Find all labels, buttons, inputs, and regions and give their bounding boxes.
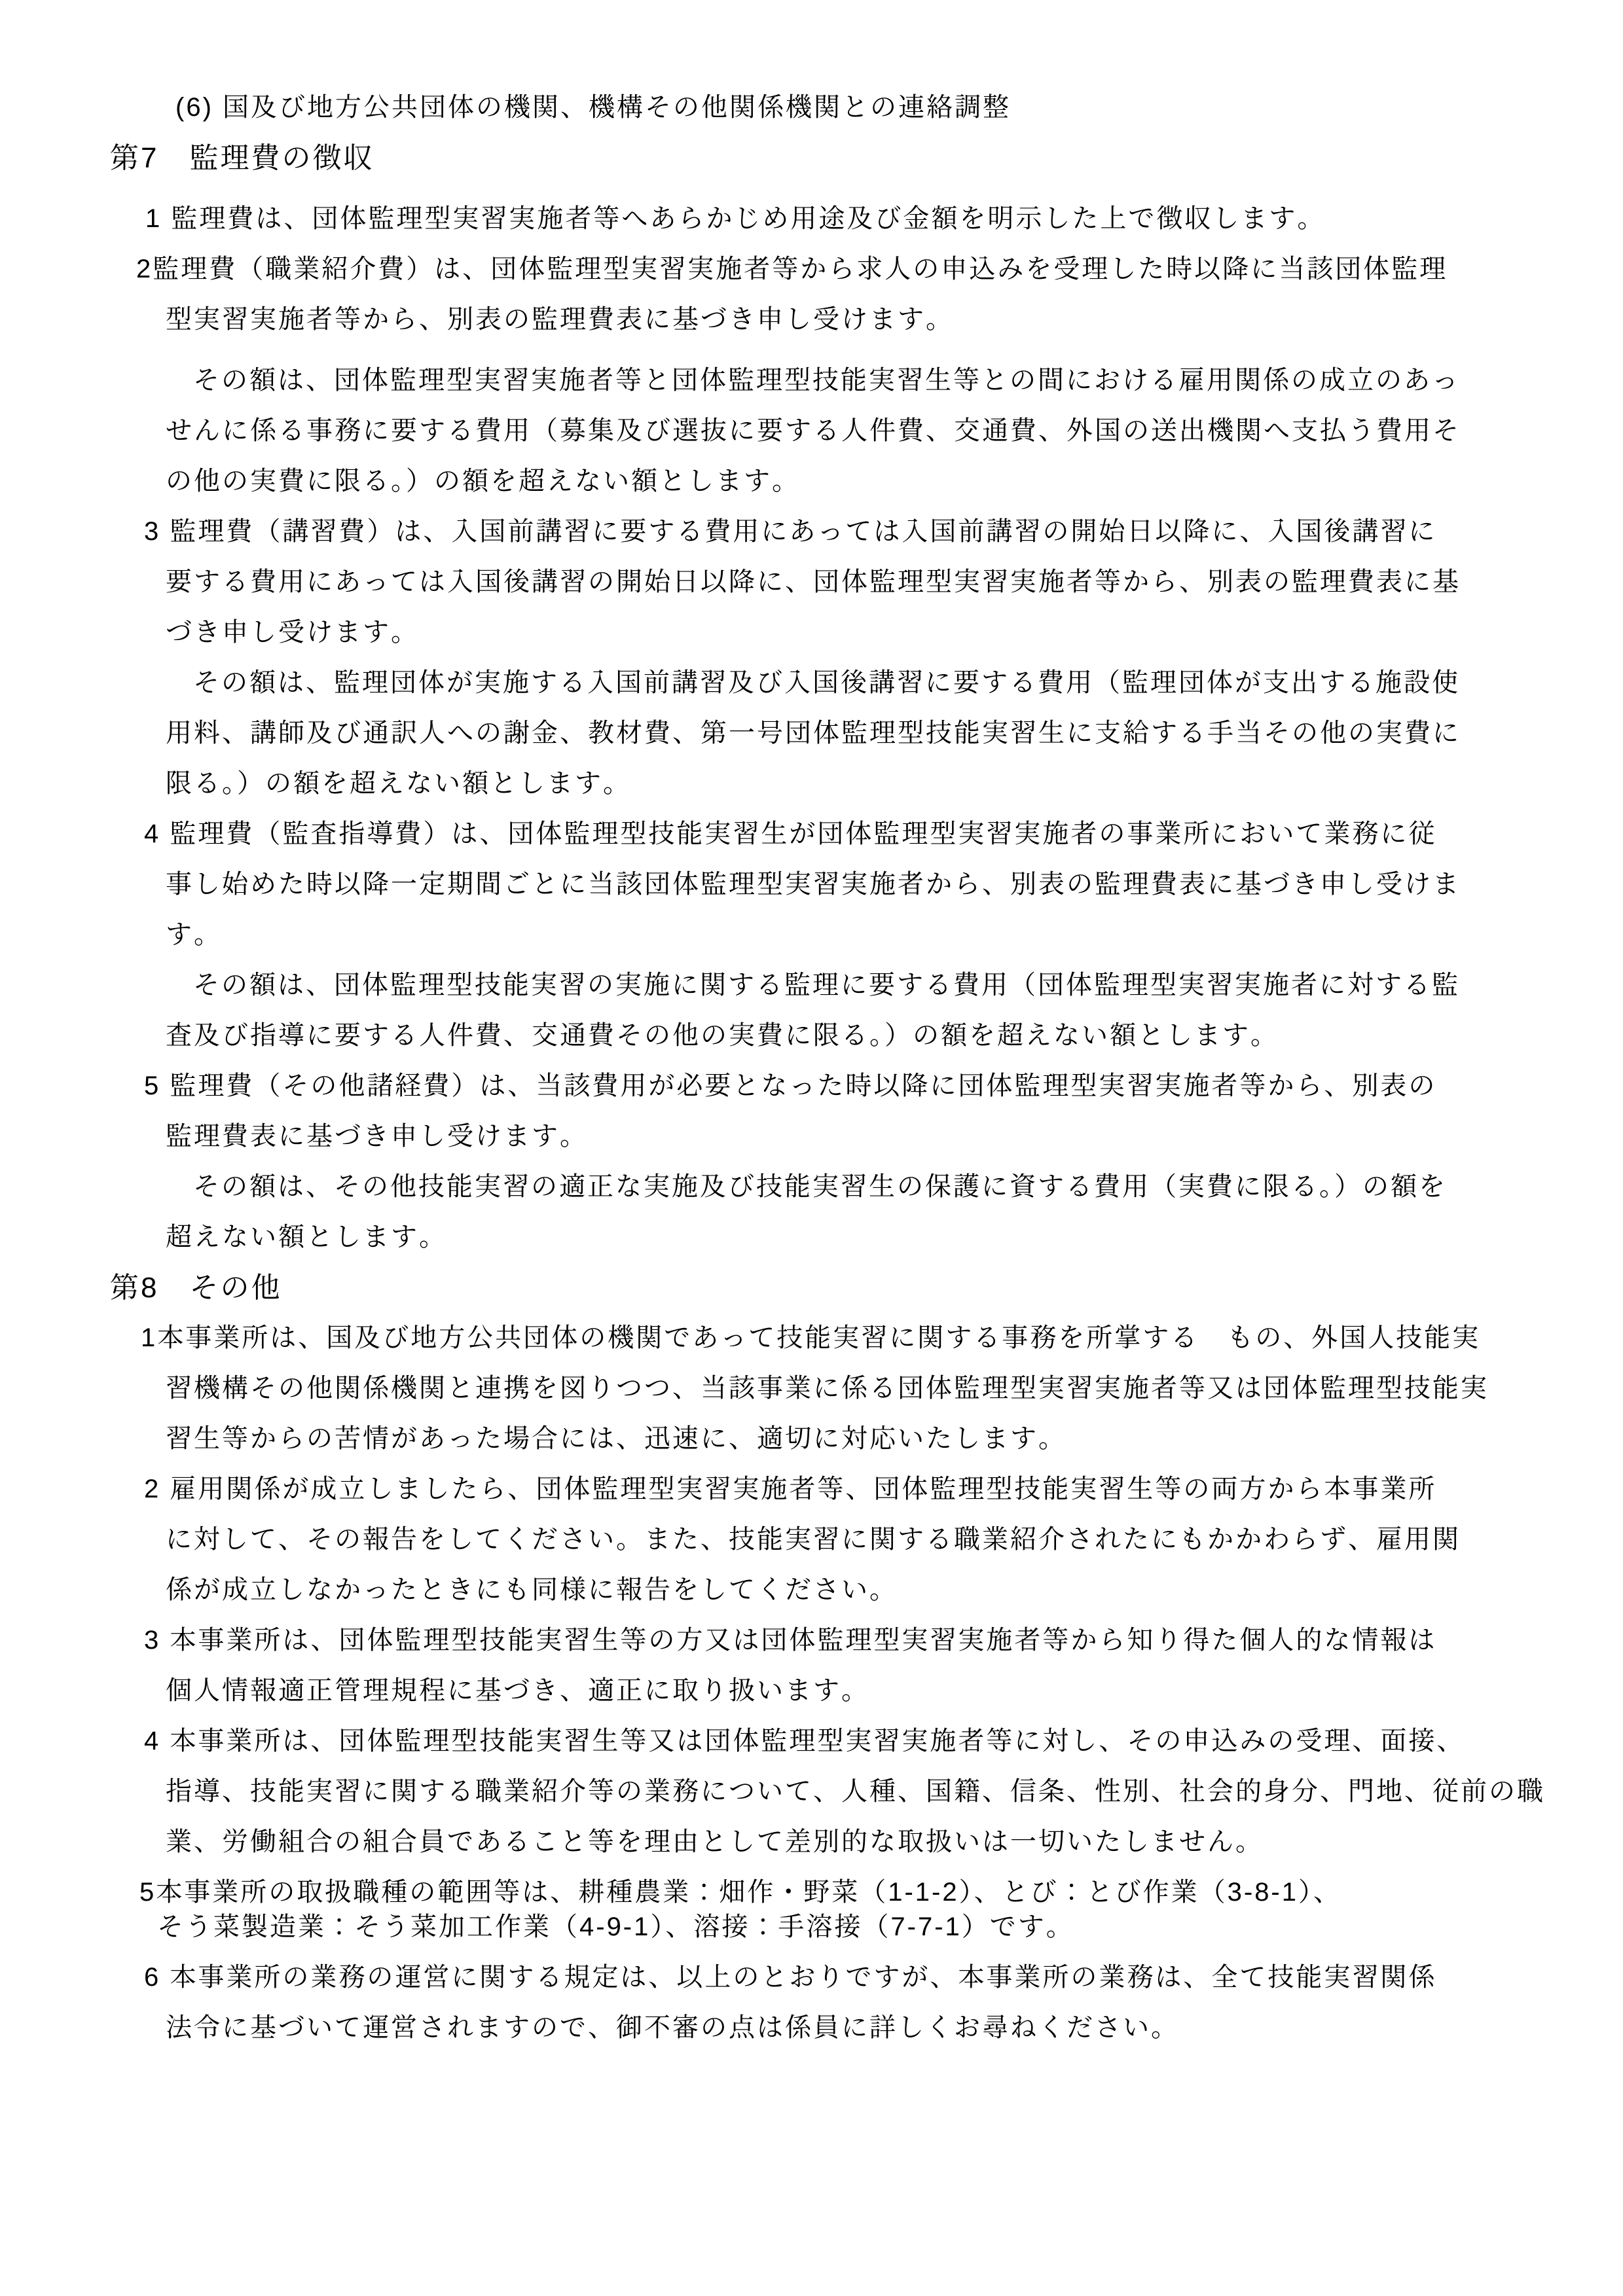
s8-item3-line1: 3 本事業所は、団体監理型技能実習生等の方又は団体監理型実習実施者等から知り得た… [0, 1615, 1623, 1666]
s7-item4-line2: 事し始めた時以降一定期間ごとに当該団体監理型実習実施者から、別表の監理費表に基づ… [0, 859, 1623, 910]
s8-item1-line2: 習機構その他関係機関と連携を図りつつ、当該事業に係る団体監理型実習実施者等又は団… [0, 1363, 1623, 1414]
s7-item3-line1: 3 監理費（講習費）は、入国前講習に要する費用にあっては入国前講習の開始日以降に… [0, 507, 1623, 557]
s7-item2-note-line2: せんに係る事務に要する費用（募集及び選抜に要する人件費、交通費、外国の送出機関へ… [0, 406, 1623, 456]
s7-item5-note-line2: 超えない額とします。 [0, 1212, 1623, 1263]
s7-item2-note-line1: その額は、団体監理型実習実施者等と団体監理型技能実習生等との間における雇用関係の… [0, 355, 1623, 406]
s7-item3-line2: 要する費用にあっては入国後講習の開始日以降に、団体監理型実習実施者等から、別表の… [0, 557, 1623, 607]
s8-item6-line2: 法令に基づいて運営されますので、御不審の点は係員に詳しくお尋ねください。 [0, 2003, 1623, 2053]
s7-item2-note-line3: の他の実費に限る。）の額を超えない額とします。 [0, 456, 1623, 507]
s7-item3-note-line3: 限る。）の額を超えない額とします。 [0, 759, 1623, 809]
s7-item4-line1: 4 監理費（監査指導費）は、団体監理型技能実習生が団体監理型実習実施者の事業所に… [0, 809, 1623, 859]
s8-item1-line3: 習生等からの苦情があった場合には、迅速に、適切に対応いたします。 [0, 1414, 1623, 1464]
section7-heading: 第7 監理費の徴収 [0, 133, 1623, 183]
s7-item5-line2: 監理費表に基づき申し受けます。 [0, 1111, 1623, 1162]
s8-item3-line2: 個人情報適正管理規程に基づき、適正に取り扱います。 [0, 1666, 1623, 1716]
s7-item4-line3: す。 [0, 910, 1623, 960]
s7-item2-line1: 2監理費（職業紹介費）は、団体監理型実習実施者等から求人の申込みを受理した時以降… [0, 244, 1623, 295]
s8-item4-line3: 業、労働組合の組合員であること等を理由として差別的な取扱いは一切いたしません。 [0, 1817, 1623, 1867]
s8-item4-line2: 指導、技能実習に関する職業紹介等の業務について、人種、国籍、信条、性別、社会的身… [0, 1767, 1623, 1817]
document-page: (6) 国及び地方公共団体の機関、機構その他関係機関との連絡調整第7 監理費の徴… [0, 0, 1623, 2296]
s8-item2-line2: に対して、その報告をしてください。また、技能実習に関する職業紹介されたにもかかわ… [0, 1515, 1623, 1565]
clause-6-line: (6) 国及び地方公共団体の機関、機構その他関係機関との連絡調整 [0, 82, 1623, 133]
s8-item6-line1: 6 本事業所の業務の運営に関する規定は、以上のとおりですが、本事業所の業務は、全… [0, 1952, 1623, 2003]
s7-item1-line1: 1 監理費は、団体監理型実習実施者等へあらかじめ用途及び金額を明示した上で徴収し… [0, 194, 1623, 244]
s7-item5-line1: 5 監理費（その他諸経費）は、当該費用が必要となった時以降に団体監理型実習実施者… [0, 1061, 1623, 1111]
s7-item3-note-line2: 用料、講師及び通訳人への謝金、教材費、第一号団体監理型技能実習生に支給する手当そ… [0, 708, 1623, 759]
s8-item1-line1: 1本事業所は、国及び地方公共団体の機関であって技能実習に関する事務を所掌する も… [0, 1313, 1623, 1363]
s7-item5-note-line1: その額は、その他技能実習の適正な実施及び技能実習生の保護に資する費用（実費に限る… [0, 1162, 1623, 1212]
document-body: (6) 国及び地方公共団体の機関、機構その他関係機関との連絡調整第7 監理費の徴… [0, 82, 1623, 2053]
s7-item3-line3: づき申し受けます。 [0, 607, 1623, 658]
s8-item4-line1: 4 本事業所は、団体監理型技能実習生等又は団体監理型実習実施者等に対し、その申込… [0, 1716, 1623, 1767]
s8-item5-line2: そう菜製造業：そう菜加工作業（4-9-1）、溶接：手溶接（7-7-1）です。 [0, 1902, 1623, 1952]
s7-item2-line2: 型実習実施者等から、別表の監理費表に基づき申し受けます。 [0, 295, 1623, 345]
section8-heading: 第8 その他 [0, 1263, 1623, 1313]
s8-item2-line3: 係が成立しなかったときにも同様に報告をしてください。 [0, 1565, 1623, 1615]
s8-item2-line1: 2 雇用関係が成立しましたら、団体監理型実習実施者等、団体監理型技能実習生等の両… [0, 1464, 1623, 1515]
s7-item4-note-line1: その額は、団体監理型技能実習の実施に関する監理に要する費用（団体監理型実習実施者… [0, 960, 1623, 1011]
s7-item4-note-line2: 査及び指導に要する人件費、交通費その他の実費に限る。）の額を超えない額とします。 [0, 1011, 1623, 1061]
s7-item3-note-line1: その額は、監理団体が実施する入国前講習及び入国後講習に要する費用（監理団体が支出… [0, 658, 1623, 708]
